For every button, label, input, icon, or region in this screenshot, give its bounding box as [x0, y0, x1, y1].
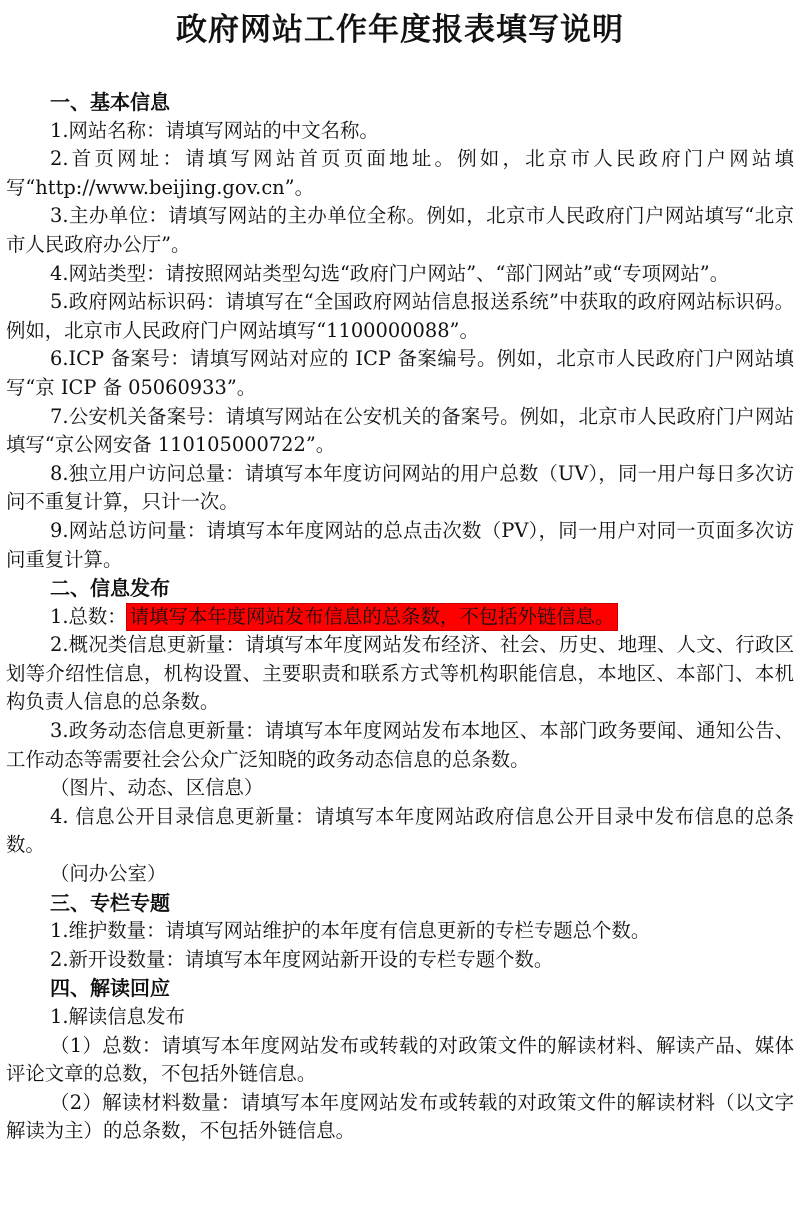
item-label: 1.网站名称： — [50, 119, 165, 142]
note-images-news: （图片、动态、区信息） — [6, 774, 794, 803]
item-label: 2.新开设数量： — [50, 948, 185, 971]
highlighted-text: 请填写本年度网站发布信息的总条数，不包括外链信息。 — [127, 604, 618, 630]
item-homepage-url: 2.首页网址：请填写网站首页页面地址。例如，北京市人民政府门户网站填写“http… — [6, 145, 794, 202]
item-label: 9.网站总访问量： — [50, 519, 206, 542]
item-label: 8.独立用户访问总量： — [50, 462, 245, 485]
item-label: 3.政务动态信息更新量： — [50, 719, 265, 742]
item-disclosure-catalog-updates: 4. 信息公开目录信息更新量：请填写本年度网站政府信息公开目录中发布信息的总条数… — [6, 803, 794, 860]
item-label: 1.总数： — [50, 605, 127, 628]
item-label: 7.公安机关备案号： — [50, 405, 226, 428]
item-label: 4. 信息公开目录信息更新量： — [50, 805, 315, 828]
item-interpretation-materials: （2）解读材料数量：请填写本年度网站发布或转载的对政策文件的解读材料（以文字解读… — [6, 1089, 794, 1146]
item-label: 6.ICP 备案号： — [50, 347, 190, 370]
item-interpretation-total: （1）总数：请填写本年度网站发布或转载的对政策文件的解读材料、解读产品、媒体评论… — [6, 1032, 794, 1089]
item-label: 2.概况类信息更新量： — [50, 633, 245, 656]
item-total-count: 1.总数：请填写本年度网站发布信息的总条数，不包括外链信息。 — [6, 603, 794, 632]
subheading-interpretation-publishing: 1.解读信息发布 — [6, 1003, 794, 1032]
item-label: 4.网站类型： — [50, 262, 165, 285]
item-unique-visitors: 8.独立用户访问总量：请填写本年度访问网站的用户总数（UV），同一用户每日多次访… — [6, 460, 794, 517]
section-heading-columns-topics: 三、专栏专题 — [6, 889, 794, 918]
item-text: 请填写网站维护的本年度有信息更新的专栏专题总个数。 — [165, 919, 650, 942]
item-maintained-count: 1.维护数量：请填写网站维护的本年度有信息更新的专栏专题总个数。 — [6, 917, 794, 946]
item-site-name: 1.网站名称：请填写网站的中文名称。 — [6, 117, 794, 146]
item-label: 1.维护数量： — [50, 919, 165, 942]
item-label: 5.政府网站标识码： — [50, 290, 225, 313]
item-icp-number: 6.ICP 备案号：请填写网站对应的 ICP 备案编号。例如，北京市人民政府门户… — [6, 345, 794, 402]
section-heading-info-publishing: 二、信息发布 — [6, 574, 794, 603]
section-heading-interpretation-response: 四、解读回应 — [6, 974, 794, 1003]
note-ask-office: （问办公室） — [6, 860, 794, 889]
document-title: 政府网站工作年度报表填写说明 — [0, 8, 800, 52]
item-site-id-code: 5.政府网站标识码：请填写在“全国政府网站信息报送系统”中获取的政府网站标识码。… — [6, 288, 794, 345]
item-text: 请填写本年度网站新开设的专栏专题个数。 — [185, 948, 553, 971]
item-label: （1）总数： — [50, 1034, 162, 1057]
item-site-type: 4.网站类型：请按照网站类型勾选“政府门户网站”、“部门网站”或“专项网站”。 — [6, 260, 794, 289]
document-body: 一、基本信息 1.网站名称：请填写网站的中文名称。 2.首页网址：请填写网站首页… — [6, 88, 794, 1146]
item-label: 3.主办单位： — [50, 204, 168, 227]
item-text: 请按照网站类型勾选“政府门户网站”、“部门网站”或“专项网站”。 — [165, 262, 729, 285]
item-gov-news-updates: 3.政务动态信息更新量：请填写本年度网站发布本地区、本部门政务要闻、通知公告、工… — [6, 717, 794, 774]
item-label: （2）解读材料数量： — [50, 1091, 241, 1114]
item-police-record-number: 7.公安机关备案号：请填写网站在公安机关的备案号。例如，北京市人民政府门户网站填… — [6, 403, 794, 460]
item-new-count: 2.新开设数量：请填写本年度网站新开设的专栏专题个数。 — [6, 946, 794, 975]
item-overview-info-updates: 2.概况类信息更新量：请填写本年度网站发布经济、社会、历史、地理、人文、行政区划… — [6, 631, 794, 717]
item-page-views: 9.网站总访问量：请填写本年度网站的总点击次数（PV），同一用户对同一页面多次访… — [6, 517, 794, 574]
section-heading-basic-info: 一、基本信息 — [6, 88, 794, 117]
item-label: 2.首页网址： — [50, 147, 185, 170]
item-sponsor-unit: 3.主办单位：请填写网站的主办单位全称。例如，北京市人民政府门户网站填写“北京市… — [6, 202, 794, 259]
item-text: 请填写网站的中文名称。 — [165, 119, 378, 142]
